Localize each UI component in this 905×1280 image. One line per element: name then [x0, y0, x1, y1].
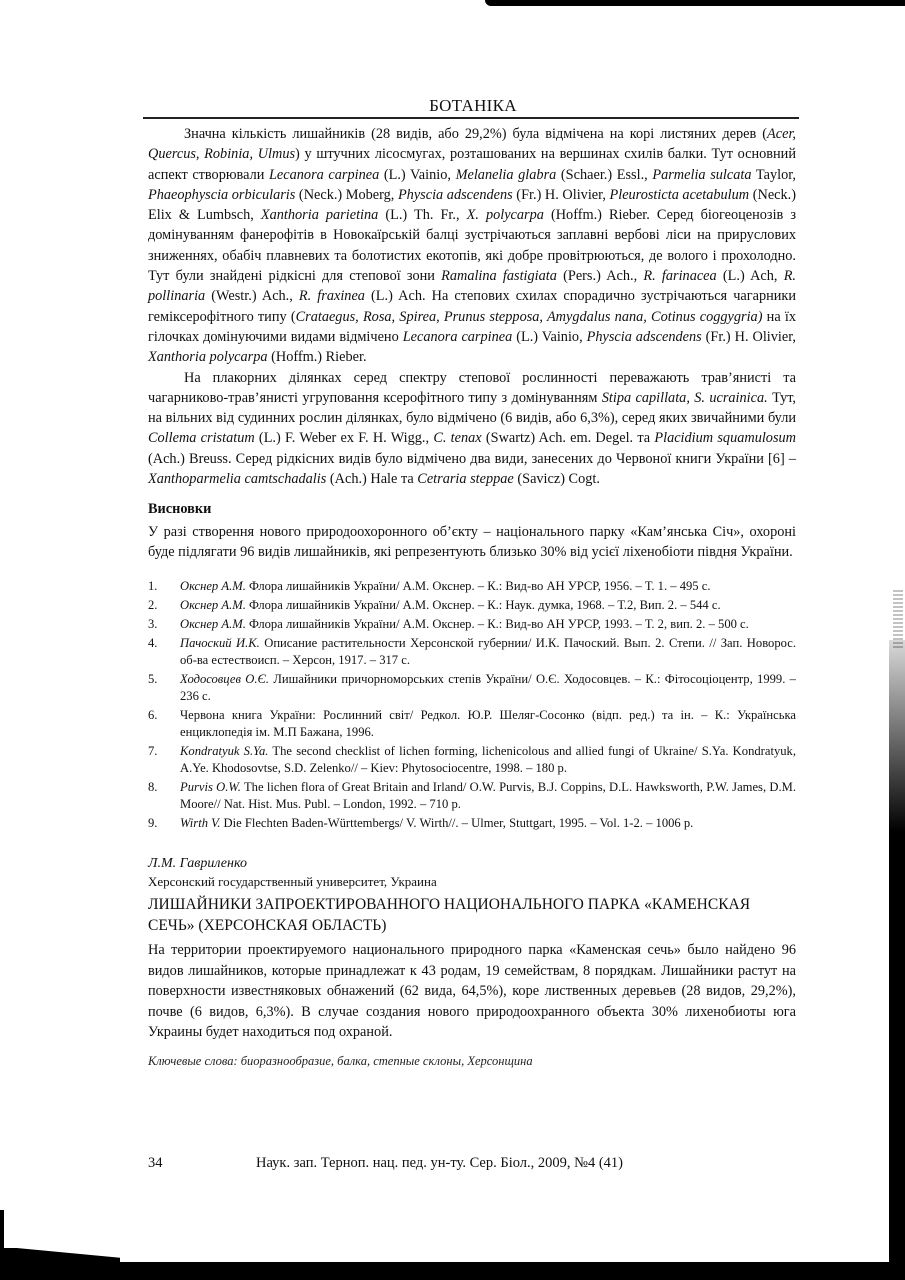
reference-item: 4.Пачоский И.К. Описание растительности …: [148, 635, 796, 669]
reference-number: 3.: [148, 616, 180, 633]
reference-details: The lichen flora of Great Britain and Ir…: [180, 780, 796, 811]
reference-details: Лишайники причорноморських степів Україн…: [180, 672, 796, 703]
header-rule: [143, 117, 799, 119]
reference-author: Kondratyuk S.Ya.: [180, 744, 268, 758]
scan-edge-left: [0, 1210, 4, 1280]
reference-item: 1.Окснер А.М. Флора лишайників України/ …: [148, 578, 796, 595]
reference-details: Флора лишайників України/ А.М. Окснер. –…: [246, 579, 711, 593]
reference-details: The second checklist of lichen forming, …: [180, 744, 796, 775]
conclusions-text: У разі створення нового природоохоронног…: [148, 522, 796, 563]
summary-keywords: Ключевые слова: биоразнообразие, балка, …: [148, 1051, 796, 1071]
page-number: 34: [148, 1155, 163, 1172]
reference-item: 7.Kondratyuk S.Ya. The second checklist …: [148, 743, 796, 777]
reference-number: 6.: [148, 707, 180, 741]
paragraph-bark-lichens: Значна кількість лишайників (28 видів, а…: [148, 124, 796, 368]
reference-details: Die Flechten Baden-Württembergs/ V. Wirt…: [220, 816, 693, 830]
reference-author: Окснер А.М.: [180, 617, 246, 631]
scan-edge-right: [889, 640, 905, 1280]
reference-number: 5.: [148, 671, 180, 705]
reference-item: 9.Wirth V. Die Flechten Baden-Württember…: [148, 815, 796, 832]
reference-number: 9.: [148, 815, 180, 832]
reference-details: Червона книга України: Рослинний світ/ Р…: [180, 708, 796, 739]
reference-number: 7.: [148, 743, 180, 777]
reference-item: 5.Ходосовцев О.Є. Лишайники причорноморс…: [148, 671, 796, 705]
reference-item: 2.Окснер А.М. Флора лишайників України/ …: [148, 597, 796, 614]
summary-author: Л.М. Гавриленко: [148, 854, 796, 873]
reference-item: 8.Purvis O.W. The lichen flora of Great …: [148, 779, 796, 813]
summary-abstract: На территории проектируемого национально…: [148, 940, 796, 1043]
reference-author: Wirth V.: [180, 816, 220, 830]
reference-author: Ходосовцев О.Є.: [180, 672, 269, 686]
reference-author: Окснер А.М.: [180, 579, 246, 593]
reference-details: Флора лишайників України/ А.М. Окснер. –…: [246, 598, 721, 612]
reference-item: 3.Окснер А.М. Флора лишайників України/ …: [148, 616, 796, 633]
reference-text: Ходосовцев О.Є. Лишайники причорноморськ…: [180, 671, 796, 705]
reference-text: Окснер А.М. Флора лишайників України/ А.…: [180, 616, 796, 633]
running-head: БОТАНІКА: [148, 96, 798, 116]
section-title-conclusions: Висновки: [148, 499, 796, 519]
reference-number: 8.: [148, 779, 180, 813]
reference-text: Окснер А.М. Флора лишайників України/ А.…: [180, 597, 796, 614]
reference-text: Purvis O.W. The lichen flora of Great Br…: [180, 779, 796, 813]
reference-item: 6.Червона книга України: Рослинний світ/…: [148, 707, 796, 741]
reference-author: Purvis O.W.: [180, 780, 241, 794]
scan-edge-bottom-lip: [0, 1248, 120, 1262]
scan-edge-bottom: [0, 1262, 905, 1280]
page-body: Значна кількість лишайників (28 видів, а…: [148, 124, 796, 1071]
reference-text: Окснер А.М. Флора лишайників України/ А.…: [180, 578, 796, 595]
reference-details: Флора лишайників України/ А.М. Окснер. –…: [246, 617, 749, 631]
reference-author: Пачоский И.К.: [180, 636, 260, 650]
reference-details: Описание растительности Херсонской губер…: [180, 636, 796, 667]
reference-list: 1.Окснер А.М. Флора лишайників України/ …: [148, 578, 796, 832]
paragraph-plakor-areas: На плакорних ділянках серед спектру степ…: [148, 368, 796, 490]
reference-text: Пачоский И.К. Описание растительности Хе…: [180, 635, 796, 669]
reference-number: 4.: [148, 635, 180, 669]
summary-affiliation: Херсонский государственный университет, …: [148, 873, 796, 891]
reference-text: Червона книга України: Рослинний світ/ Р…: [180, 707, 796, 741]
reference-number: 1.: [148, 578, 180, 595]
reference-author: Окснер А.М.: [180, 598, 246, 612]
reference-text: Kondratyuk S.Ya. The second checklist of…: [180, 743, 796, 777]
scan-edge-top: [485, 0, 905, 6]
summary-title: ЛИШАЙНИКИ ЗАПРОЕКТИРОВАННОГО НАЦИОНАЛЬНО…: [148, 894, 796, 936]
reference-number: 2.: [148, 597, 180, 614]
journal-citation: Наук. зап. Терноп. нац. пед. ун-ту. Сер.…: [256, 1155, 623, 1172]
reference-text: Wirth V. Die Flechten Baden-Württembergs…: [180, 815, 796, 832]
